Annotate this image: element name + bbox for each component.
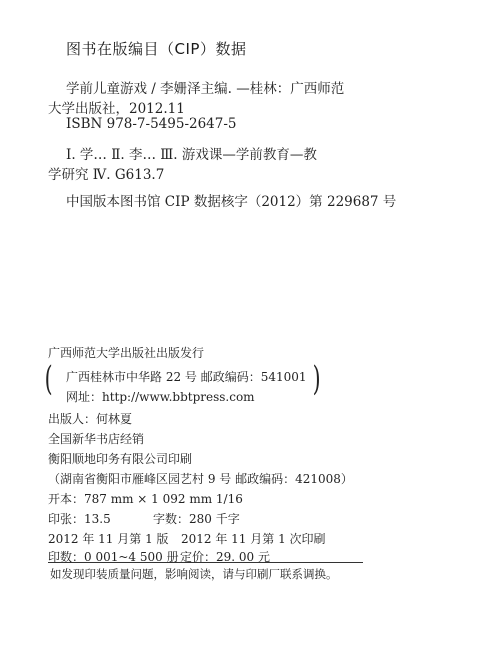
issuer: 出版人：何林夏: [48, 410, 132, 427]
cip-entry-line2: 大学出版社，2012.11: [48, 97, 185, 117]
cip-entry-line1: 学前儿童游戏 / 李姗泽主编. —桂林：广西师范: [66, 77, 344, 97]
cip-title: 图书在版编目（CIP）数据: [66, 38, 246, 59]
cip-subjects-line1: Ⅰ. 学… Ⅱ. 李… Ⅲ. 游戏课—学前教育—教: [66, 143, 317, 163]
cip-number: 中国版本图书馆 CIP 数据核字（2012）第 229687 号: [66, 190, 396, 210]
cip-isbn: ISBN 978-7-5495-2647-5: [66, 116, 237, 132]
printer-address: （湖南省衡阳市雁峰区园艺村 9 号 邮政编码：421008）: [48, 470, 353, 487]
printer: 衡阳顺地印务有限公司印刷: [48, 450, 192, 467]
quality-notice: 如发现印装质量问题，影响阅读，请与印刷厂联系调换。: [50, 566, 338, 582]
sheets: 印张：13.5: [48, 510, 111, 527]
cip-subjects-line2: 学研究 Ⅳ. G613.7: [48, 163, 164, 183]
right-bracket: ): [313, 362, 321, 396]
edition: 2012 年 11 月第 1 版: [48, 530, 169, 547]
divider: [48, 562, 363, 563]
publisher: 广西师范大学出版社出版发行: [48, 344, 204, 361]
publisher-address: 广西桂林市中华路 22 号 邮政编码：541001: [66, 368, 307, 385]
format: 开本：787 mm × 1 092 mm 1/16: [48, 490, 243, 507]
word-count: 字数：280 千字: [153, 510, 240, 527]
publisher-website: 网址：http://www.bbtpress.com: [66, 388, 255, 405]
printing: 2012 年 11 月第 1 次印刷: [181, 530, 326, 547]
left-bracket: (: [45, 362, 53, 396]
distributor: 全国新华书店经销: [48, 430, 144, 447]
